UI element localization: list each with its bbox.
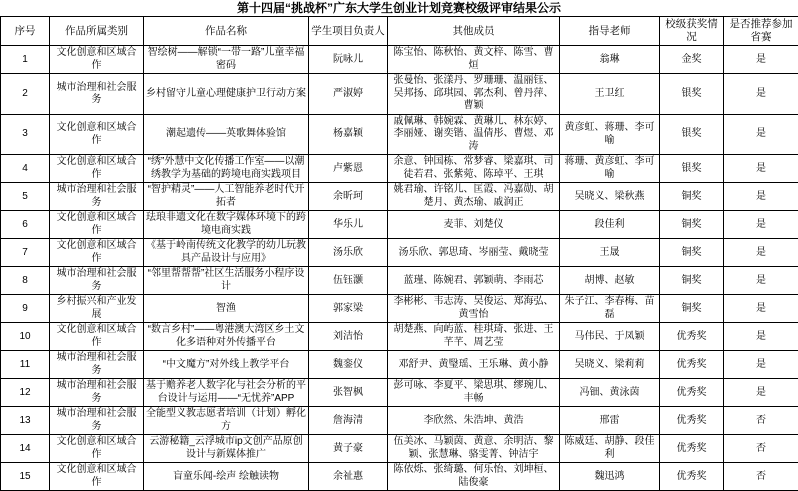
cell-award: 优秀奖 <box>660 435 724 463</box>
cell-no: 4 <box>1 155 50 183</box>
cell-project: “中文魔方”对外线上教学平台 <box>144 351 309 379</box>
cell-leader: 詹海清 <box>309 407 388 435</box>
cell-category: 文化创意和区域合作 <box>50 155 144 183</box>
cell-no: 12 <box>1 379 50 407</box>
cell-teachers: 胡博、赵敏 <box>560 267 660 295</box>
results-table: 序号作品所属类别作品名称学生项目负责人其他成员指导老师校级获奖情况是否推荐参加省… <box>0 16 798 491</box>
cell-project: 全能型义教志愿者培训（计划）孵化方 <box>144 407 309 435</box>
cell-recommended: 是 <box>724 211 798 239</box>
cell-category: 文化创意和区域合作 <box>50 114 144 155</box>
cell-teachers: 吴晓义、梁莉莉 <box>560 351 660 379</box>
cell-members: 伍美冰、马颖茵、黄意、余明洁、黎颖、张慧琳、骆雯菁、钟洁宇 <box>388 435 560 463</box>
table-row: 14文化创意和区域合作云游秘籍_云浮城市ip文创产品原创设计与新媒体推广黄子豪伍… <box>1 435 798 463</box>
cell-project: 乡村留守儿童心理健康护卫行动方案 <box>144 74 309 115</box>
cell-no: 1 <box>1 46 50 74</box>
cell-teachers: 吴晓义、梁秋燕 <box>560 183 660 211</box>
cell-no: 10 <box>1 323 50 351</box>
cell-recommended: 是 <box>724 379 798 407</box>
cell-no: 6 <box>1 211 50 239</box>
cell-no: 15 <box>1 463 50 491</box>
header-cell: 其他成员 <box>388 17 560 46</box>
cell-recommended: 是 <box>724 183 798 211</box>
cell-members: 邓舒尹、黄瑿瑶、王乐琳、黄小静 <box>388 351 560 379</box>
cell-award: 优秀奖 <box>660 379 724 407</box>
cell-no: 9 <box>1 295 50 323</box>
cell-category: 文化创意和区域合作 <box>50 435 144 463</box>
cell-members: 李欣然、朱浩坤、黄浩 <box>388 407 560 435</box>
cell-leader: 魏銮仪 <box>309 351 388 379</box>
cell-recommended: 是 <box>724 267 798 295</box>
cell-project: 智渔 <box>144 295 309 323</box>
cell-members: 陈宝怡、陈秋怡、黄文梓、陈雪、曹烜 <box>388 46 560 74</box>
cell-category: 文化创意和区域合作 <box>50 239 144 267</box>
cell-teachers: 王卫红 <box>560 74 660 115</box>
table-row: 13城市治理和社会服务全能型义教志愿者培训（计划）孵化方詹海清李欣然、朱浩坤、黄… <box>1 407 798 435</box>
cell-members: 戚佩琳、韩婉霖、黄琳儿、林东婷、李丽娅、谢奕锴、温倩彤、曹煜、邓涛 <box>388 114 560 155</box>
cell-recommended: 是 <box>724 295 798 323</box>
cell-award: 银奖 <box>660 155 724 183</box>
table-row: 7文化创意和区域合作《基于岭南传统文化教学的幼儿玩教具产品设计与应用》汤乐欣汤乐… <box>1 239 798 267</box>
cell-project: 盲童乐闻-绘声 绘触读物 <box>144 463 309 491</box>
header-cell: 序号 <box>1 17 50 46</box>
cell-recommended: 否 <box>724 407 798 435</box>
cell-no: 3 <box>1 114 50 155</box>
cell-no: 2 <box>1 74 50 115</box>
cell-leader: 刘洁怡 <box>309 323 388 351</box>
header-cell: 作品所属类别 <box>50 17 144 46</box>
cell-category: 城市治理和社会服务 <box>50 379 144 407</box>
cell-no: 7 <box>1 239 50 267</box>
table-row: 8城市治理和社会服务“邻里帮帮帮”社区生活服务小程序设计伍钰灏蓝瑾、陈婉君、郭颖… <box>1 267 798 295</box>
cell-project: 《基于岭南传统文化教学的幼儿玩教具产品设计与应用》 <box>144 239 309 267</box>
cell-project: 云游秘籍_云浮城市ip文创产品原创设计与新媒体推广 <box>144 435 309 463</box>
cell-award: 优秀奖 <box>660 463 724 491</box>
table-row: 11城市治理和社会服务“中文魔方”对外线上教学平台魏銮仪邓舒尹、黄瑿瑶、王乐琳、… <box>1 351 798 379</box>
cell-leader: 张智枫 <box>309 379 388 407</box>
cell-award: 铜奖 <box>660 239 724 267</box>
cell-teachers: 黄彦虹、蒋珊、李可喻 <box>560 114 660 155</box>
cell-project: 智绘树——解锁“一带一路”儿童幸福密码 <box>144 46 309 74</box>
cell-recommended: 是 <box>724 74 798 115</box>
table-row: 4文化创意和区域合作“绣”外慧中文化传播工作室——以潮绣教学为基础的跨境电商实践… <box>1 155 798 183</box>
cell-category: 乡村振兴和产业发展 <box>50 295 144 323</box>
cell-category: 文化创意和区域合作 <box>50 463 144 491</box>
cell-teachers: 蒋珊、黄彦虹、李可喻 <box>560 155 660 183</box>
cell-teachers: 邢雷 <box>560 407 660 435</box>
cell-award: 铜奖 <box>660 183 724 211</box>
cell-teachers: 马伟民、于凤颖 <box>560 323 660 351</box>
cell-recommended: 否 <box>724 463 798 491</box>
cell-award: 金奖 <box>660 46 724 74</box>
cell-recommended: 是 <box>724 114 798 155</box>
cell-members: 陈依烁、张绮璐、何乐怡、刘坤桓、陆俊豪 <box>388 463 560 491</box>
cell-members: 余意、钟国栋、常梦睿、梁嘉琪、司徒若君、张紫菀、陈琸平、王琪 <box>388 155 560 183</box>
table-row: 1文化创意和区域合作智绘树——解锁“一带一路”儿童幸福密码阮咏儿陈宝怡、陈秋怡、… <box>1 46 798 74</box>
header-cell: 是否推荐参加省赛 <box>724 17 798 46</box>
table-row: 6文化创意和区域合作珐琅非遗文化在数字媒体环境下的跨境电商实践华乐儿麦菲、刘楚仪… <box>1 211 798 239</box>
cell-members: 李彬彬、韦志涛、吴俊运、郑海弘、黄雪怡 <box>388 295 560 323</box>
cell-category: 城市治理和社会服务 <box>50 407 144 435</box>
cell-category: 城市治理和社会服务 <box>50 267 144 295</box>
cell-leader: 余祉惠 <box>309 463 388 491</box>
cell-no: 11 <box>1 351 50 379</box>
cell-category: 城市治理和社会服务 <box>50 351 144 379</box>
table-row: 5城市治理和社会服务“智护精灵”——人工智能养老时代开拓者余昕珂姚君瑜、许铭儿、… <box>1 183 798 211</box>
cell-members: 胡楚燕、向屿蓝、桂琪琦、张进、王芊芊、周艺莹 <box>388 323 560 351</box>
cell-teachers: 冯钿、黄泳茵 <box>560 379 660 407</box>
table-row: 10文化创意和区域合作“数言乡村”——粤港澳大湾区乡土文化多语种对外传播平台刘洁… <box>1 323 798 351</box>
cell-leader: 黄子豪 <box>309 435 388 463</box>
cell-teachers: 魏迅鸿 <box>560 463 660 491</box>
cell-award: 铜奖 <box>660 295 724 323</box>
cell-leader: 严淑婷 <box>309 74 388 115</box>
cell-award: 优秀奖 <box>660 407 724 435</box>
cell-project: 基于赡养老人数字化与社会分析的平台设计与运用——“无忧养”APP <box>144 379 309 407</box>
cell-recommended: 是 <box>724 351 798 379</box>
cell-members: 姚君瑜、许铭儿、匡霞、冯嘉勋、胡楚月、黄杰瑜、戚润正 <box>388 183 560 211</box>
cell-recommended: 是 <box>724 323 798 351</box>
cell-project: “数言乡村”——粤港澳大湾区乡土文化多语种对外传播平台 <box>144 323 309 351</box>
cell-recommended: 否 <box>724 435 798 463</box>
cell-award: 铜奖 <box>660 211 724 239</box>
cell-leader: 余昕珂 <box>309 183 388 211</box>
cell-teachers: 段佳利 <box>560 211 660 239</box>
table-row: 9乡村振兴和产业发展智渔郭家梁李彬彬、韦志涛、吴俊运、郑海弘、黄雪怡朱子江、李春… <box>1 295 798 323</box>
cell-leader: 郭家梁 <box>309 295 388 323</box>
cell-no: 8 <box>1 267 50 295</box>
cell-leader: 阮咏儿 <box>309 46 388 74</box>
cell-project: 珐琅非遗文化在数字媒体环境下的跨境电商实践 <box>144 211 309 239</box>
cell-project: “邻里帮帮帮”社区生活服务小程序设计 <box>144 267 309 295</box>
cell-recommended: 是 <box>724 155 798 183</box>
table-row: 12城市治理和社会服务基于赡养老人数字化与社会分析的平台设计与运用——“无忧养”… <box>1 379 798 407</box>
cell-award: 优秀奖 <box>660 323 724 351</box>
cell-leader: 伍钰灏 <box>309 267 388 295</box>
table-row: 15文化创意和区域合作盲童乐闻-绘声 绘触读物余祉惠陈依烁、张绮璐、何乐怡、刘坤… <box>1 463 798 491</box>
cell-category: 文化创意和区域合作 <box>50 46 144 74</box>
cell-members: 汤乐欣、郭思琦、岑丽莹、戴晓莹 <box>388 239 560 267</box>
cell-teachers: 翁琳 <box>560 46 660 74</box>
cell-leader: 杨嘉颖 <box>309 114 388 155</box>
cell-leader: 汤乐欣 <box>309 239 388 267</box>
announcement-page: 第十四届“挑战杯”广东大学生创业计划竞赛校级评审结果公示 序号作品所属类别作品名… <box>0 0 798 491</box>
cell-category: 城市治理和社会服务 <box>50 74 144 115</box>
cell-teachers: 王晟 <box>560 239 660 267</box>
header-cell: 校级获奖情况 <box>660 17 724 46</box>
cell-project: 潮起遗传——英歌舞体验馆 <box>144 114 309 155</box>
cell-members: 张曼怡、张漾丹、罗珊珊、温丽钰、吴邦扬、邱琪园、郭杰利、曾丹萍、曹颖 <box>388 74 560 115</box>
cell-members: 蓝瑾、陈婉君、郭颖萌、李雨芯 <box>388 267 560 295</box>
cell-teachers: 朱子江、李春梅、苗磊 <box>560 295 660 323</box>
header-cell: 指导老师 <box>560 17 660 46</box>
cell-award: 银奖 <box>660 114 724 155</box>
page-title: 第十四届“挑战杯”广东大学生创业计划竞赛校级评审结果公示 <box>0 0 798 16</box>
cell-no: 5 <box>1 183 50 211</box>
cell-category: 城市治理和社会服务 <box>50 183 144 211</box>
cell-award: 银奖 <box>660 74 724 115</box>
cell-recommended: 是 <box>724 46 798 74</box>
cell-no: 14 <box>1 435 50 463</box>
table-row: 3文化创意和区域合作潮起遗传——英歌舞体验馆杨嘉颖戚佩琳、韩婉霖、黄琳儿、林东婷… <box>1 114 798 155</box>
table-row: 2城市治理和社会服务乡村留守儿童心理健康护卫行动方案严淑婷张曼怡、张漾丹、罗珊珊… <box>1 74 798 115</box>
cell-teachers: 陈威廷、胡静、段佳利 <box>560 435 660 463</box>
cell-award: 优秀奖 <box>660 351 724 379</box>
cell-members: 彭可咏、李夏平、梁思琪、缪琬儿、丰畅 <box>388 379 560 407</box>
cell-category: 文化创意和区域合作 <box>50 211 144 239</box>
header-cell: 学生项目负责人 <box>309 17 388 46</box>
cell-category: 文化创意和区域合作 <box>50 323 144 351</box>
cell-project: “智护精灵”——人工智能养老时代开拓者 <box>144 183 309 211</box>
cell-award: 铜奖 <box>660 267 724 295</box>
cell-no: 13 <box>1 407 50 435</box>
header-row: 序号作品所属类别作品名称学生项目负责人其他成员指导老师校级获奖情况是否推荐参加省… <box>1 17 798 46</box>
cell-leader: 华乐儿 <box>309 211 388 239</box>
cell-recommended: 是 <box>724 239 798 267</box>
cell-project: “绣”外慧中文化传播工作室——以潮绣教学为基础的跨境电商实践项目 <box>144 155 309 183</box>
cell-leader: 卢紫恩 <box>309 155 388 183</box>
header-cell: 作品名称 <box>144 17 309 46</box>
cell-members: 麦菲、刘楚仪 <box>388 211 560 239</box>
